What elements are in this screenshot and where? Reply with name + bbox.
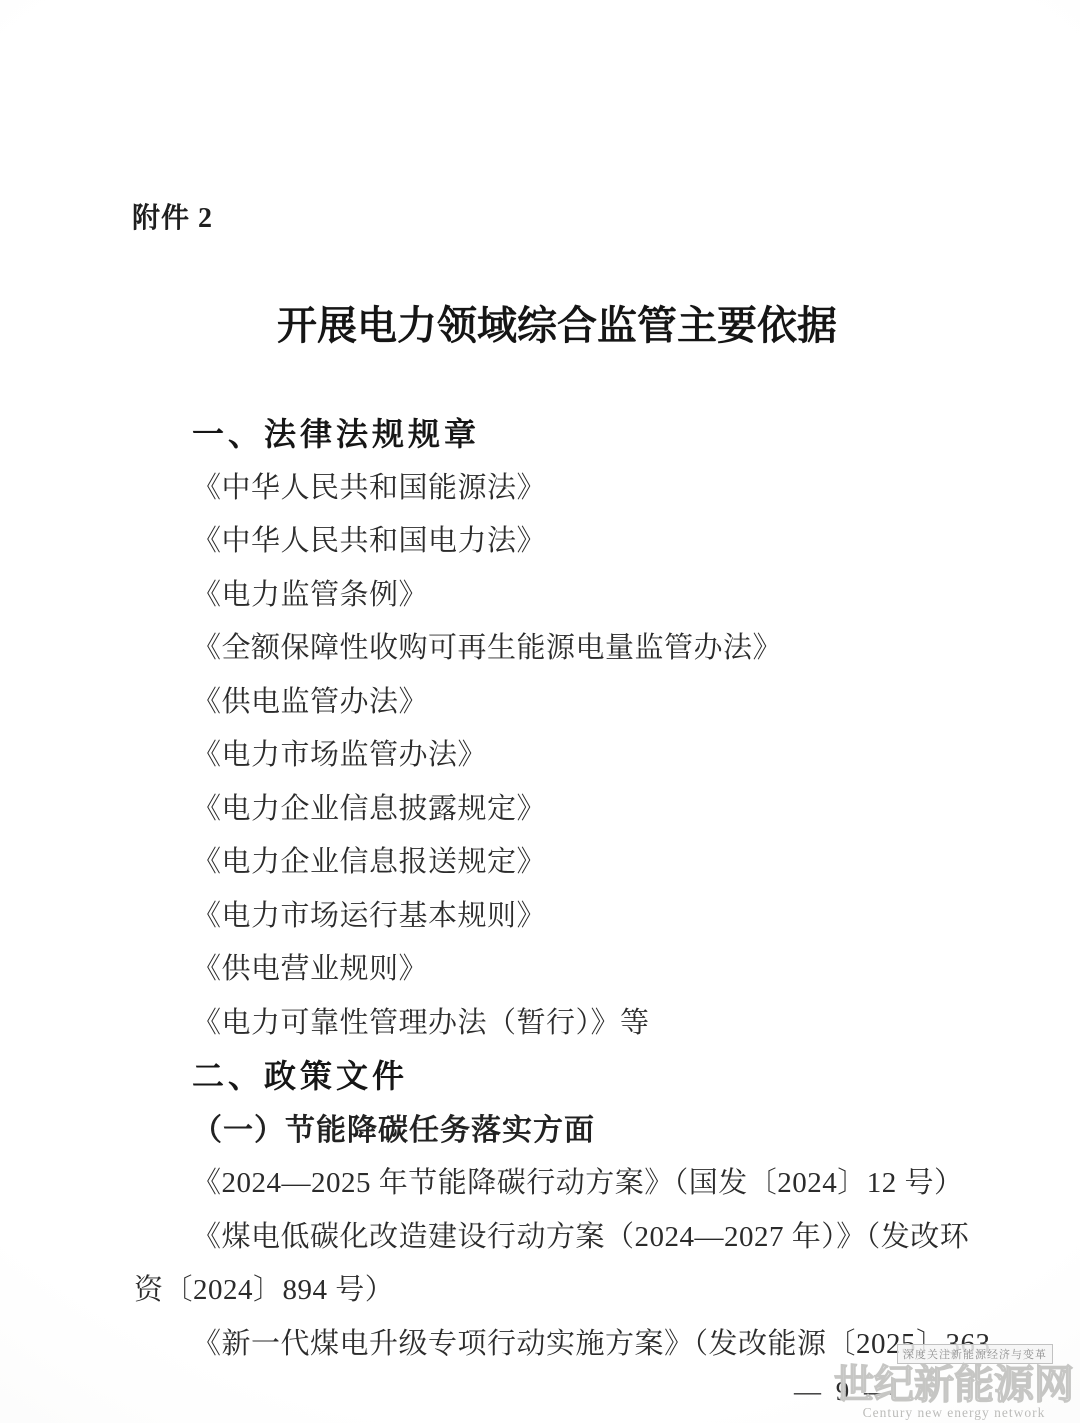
document-line: 《电力企业信息披露规定》	[134, 783, 980, 837]
document-line: 二、政策文件	[134, 1050, 980, 1104]
document-line: 《电力市场监管办法》	[134, 729, 980, 783]
document-line: 《供电监管办法》	[134, 676, 980, 730]
document-line: 《电力可靠性管理办法（暂行）》等	[134, 997, 980, 1051]
document-line: 《新一代煤电升级专项行动实施方案》（发改能源〔2025〕363	[134, 1318, 980, 1372]
document-line: （一）节能降碳任务落实方面	[134, 1104, 980, 1158]
document-line: 《2024—2025 年节能降碳行动方案》（国发〔2024〕12 号）	[134, 1157, 980, 1211]
document-line: 《电力市场运行基本规则》	[134, 890, 980, 944]
document-title: 开展电力领域综合监管主要依据	[17, 294, 1080, 351]
attachment-label: 附件 2	[132, 196, 213, 236]
document-line: 资〔2024〕894 号）	[134, 1264, 980, 1318]
document-line: 《煤电低碳化改造建设行动方案（2024—2027 年）》（发改环	[134, 1211, 980, 1265]
document-line: 《电力企业信息报送规定》	[134, 836, 980, 890]
document-line: 《全额保障性收购可再生能源电量监管办法》	[134, 622, 980, 676]
document-line: 《电力监管条例》	[134, 569, 980, 623]
page-number: — 9 —	[794, 1376, 895, 1407]
document-line: 《供电营业规则》	[134, 943, 980, 997]
watermark-brand-english: Century new energy network	[833, 1405, 1075, 1421]
document-page: 附件 2 开展电力领域综合监管主要依据 一、法律法规规章《中华人民共和国能源法》…	[0, 0, 1080, 1423]
document-line: 一、法律法规规章	[134, 408, 980, 462]
document-line: 《中华人民共和国电力法》	[134, 515, 980, 569]
document-body: 一、法律法规规章《中华人民共和国能源法》《中华人民共和国电力法》《电力监管条例》…	[134, 408, 980, 1371]
document-line: 《中华人民共和国能源法》	[134, 462, 980, 516]
